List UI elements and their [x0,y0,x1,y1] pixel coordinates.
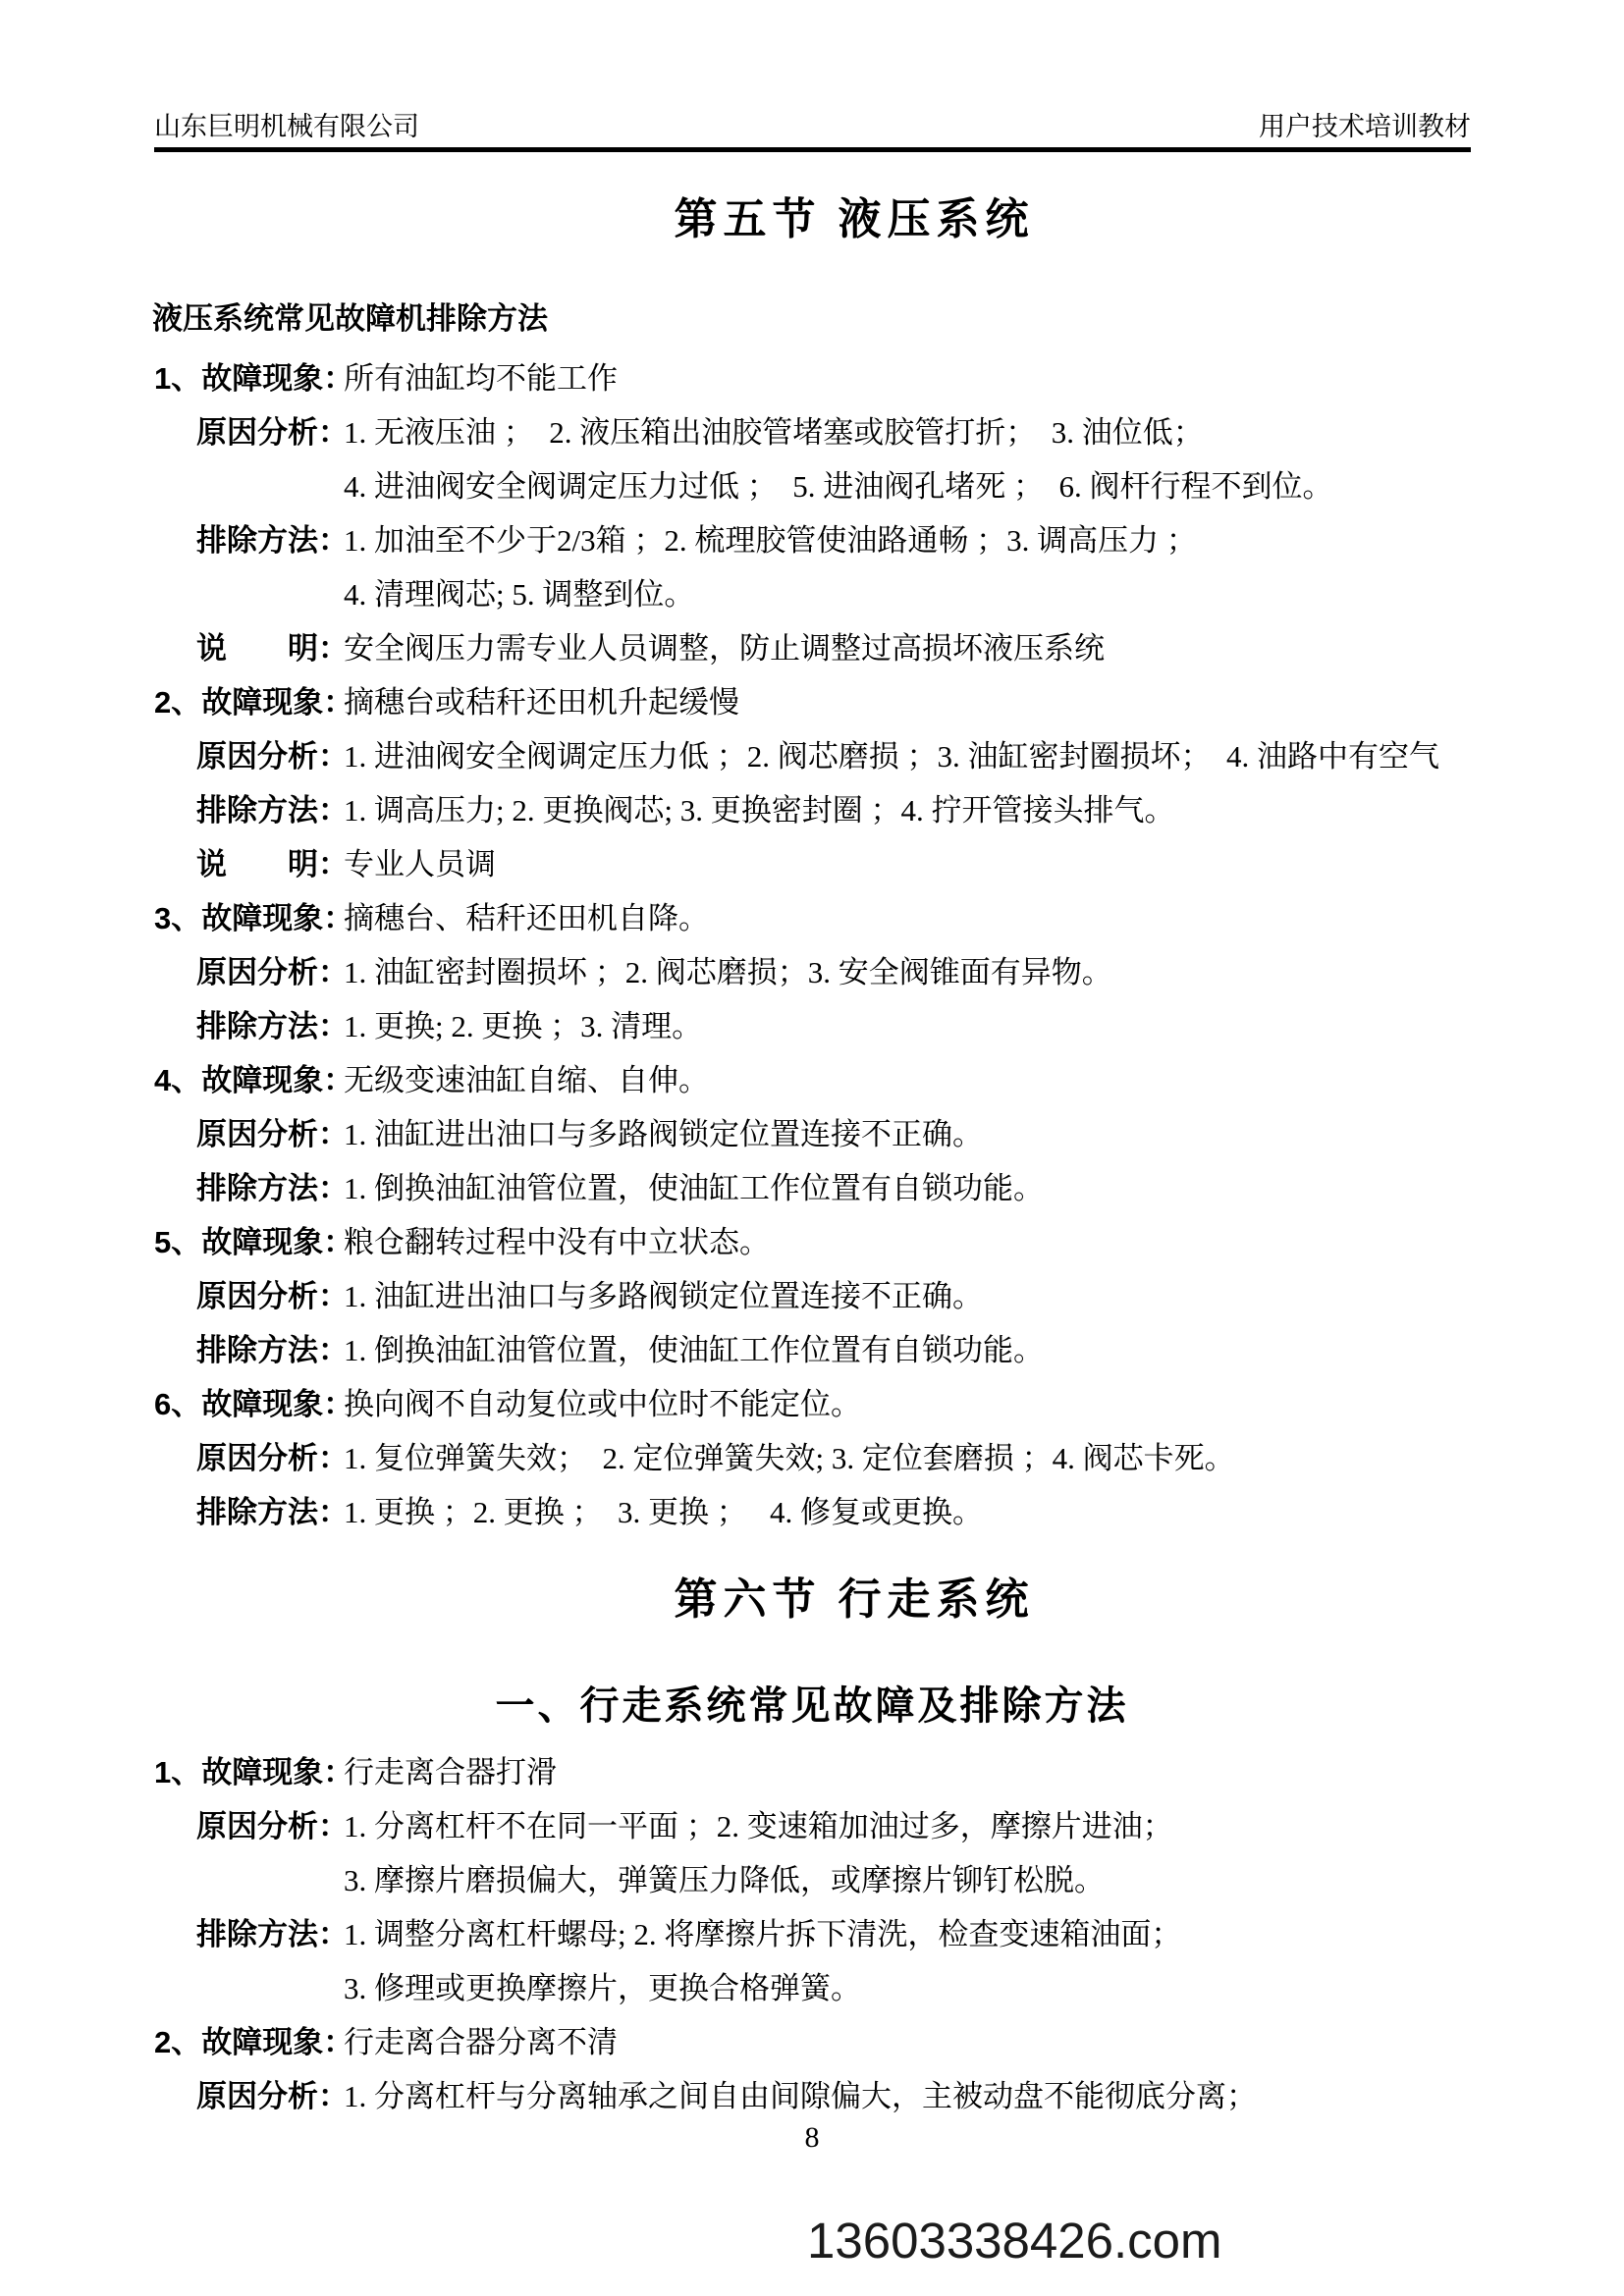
fault-line-text: 1. 调整分离杠杆螺母; 2. 将摩擦片拆下清洗，检查变速箱油面； [344,1907,1181,1961]
document-page: 山东巨明机械有限公司 用户技术培训教材 第五节 液压系统 液压系统常见故障机排除… [0,0,1624,2296]
fault-line: 4. 进油阀安全阀调定压力过低 ； 5. 进油阀孔堵死 ； 6. 阀杆行程不到位… [0,459,1624,513]
fault-line: 原因分析：1. 无液压油 ； 2. 液压箱出油胶管堵塞或胶管打折； 3. 油位低… [0,405,1624,459]
fault-line-label: 2、故障现象： [154,2015,353,2069]
fault-line-text: 1. 更换; 2. 更换 ；3. 清理。 [344,999,702,1053]
fault-line-label: 1、故障现象： [154,351,353,405]
fault-line: 原因分析：1. 油缸进出油口与多路阀锁定位置连接不正确。 [0,1269,1624,1323]
fault-line-label: 原因分析： [196,1431,349,1485]
fault-line-label: 原因分析： [196,945,349,999]
fault-line-label: 说 明： [196,837,349,891]
fault-line-text: 换向阀不自动复位或中位时不能定位。 [344,1377,861,1431]
fault-line-text: 行走离合器打滑 [344,1745,557,1799]
section6-subtitle: 一、行走系统常见故障及排除方法 [0,1679,1624,1734]
fault-line-label: 排除方法： [196,1161,349,1215]
fault-line-text: 行走离合器分离不清 [344,2015,618,2069]
fault-line-label: 排除方法： [196,783,349,837]
fault-line: 排除方法：1. 加油至不少于2/3箱 ；2. 梳理胶管使油路通畅 ；3. 调高压… [0,513,1624,567]
fault-line: 2、故障现象：摘穗台或秸秆还田机升起缓慢 [0,675,1624,729]
fault-line: 原因分析：1. 分离杠杆与分离轴承之间自由间隙偏大，主被动盘不能彻底分离； [0,2069,1624,2123]
fault-line-label: 排除方法： [196,999,349,1053]
header-company-name: 山东巨明机械有限公司 [154,110,419,143]
fault-line-text: 1. 倒换油缸油管位置，使油缸工作位置有自锁功能。 [344,1323,1044,1377]
fault-line-text: 1. 分离杠杆与分离轴承之间自由间隙偏大，主被动盘不能彻底分离； [344,2069,1257,2123]
fault-line-text: 3. 修理或更换摩擦片，更换合格弹簧。 [344,1961,861,2015]
fault-line: 原因分析：1. 油缸进出油口与多路阀锁定位置连接不正确。 [0,1107,1624,1161]
fault-line: 说 明：安全阀压力需专业人员调整，防止调整过高损坏液压系统 [0,621,1624,675]
fault-line: 4、故障现象：无级变速油缸自缩、自伸。 [0,1053,1624,1107]
fault-line-label: 说 明： [196,621,349,675]
fault-line-text: 1. 油缸进出油口与多路阀锁定位置连接不正确。 [344,1107,983,1161]
fault-line-label: 1、故障现象： [154,1745,353,1799]
fault-line-text: 专业人员调 [344,837,496,891]
fault-line-label: 6、故障现象： [154,1377,353,1431]
fault-line-text: 1. 加油至不少于2/3箱 ；2. 梳理胶管使油路通畅 ；3. 调高压力 ； [344,513,1197,567]
section6-fault-list: 1、故障现象：行走离合器打滑原因分析：1. 分离杠杆不在同一平面 ；2. 变速箱… [0,1745,1624,2123]
fault-line: 4. 清理阀芯; 5. 调整到位。 [0,567,1624,621]
fault-line-text: 所有油缸均不能工作 [344,351,618,405]
fault-line-text: 摘穗台或秸秆还田机升起缓慢 [344,675,739,729]
fault-line-text: 1. 分离杠杆不在同一平面 ；2. 变速箱加油过多，摩擦片进油； [344,1799,1173,1853]
fault-line-label: 4、故障现象： [154,1053,353,1107]
fault-line-label: 原因分析： [196,1269,349,1323]
fault-line-text: 安全阀压力需专业人员调整，防止调整过高损坏液压系统 [344,621,1105,675]
fault-line: 排除方法：1. 更换; 2. 更换 ；3. 清理。 [0,999,1624,1053]
fault-line: 排除方法：1. 调整分离杠杆螺母; 2. 将摩擦片拆下清洗，检查变速箱油面； [0,1907,1624,1961]
fault-line: 原因分析：1. 进油阀安全阀调定压力低 ；2. 阀芯磨损 ；3. 油缸密封圈损坏… [0,729,1624,783]
fault-line-text: 粮仓翻转过程中没有中立状态。 [344,1215,770,1269]
section5-fault-list: 1、故障现象：所有油缸均不能工作原因分析：1. 无液压油 ； 2. 液压箱出油胶… [0,351,1624,1539]
fault-line-text: 3. 摩擦片磨损偏大，弹簧压力降低，或摩擦片铆钉松脱。 [344,1853,1105,1907]
fault-line-label: 原因分析： [196,729,349,783]
fault-line: 5、故障现象：粮仓翻转过程中没有中立状态。 [0,1215,1624,1269]
fault-line: 排除方法：1. 调高压力; 2. 更换阀芯; 3. 更换密封圈 ；4. 拧开管接… [0,783,1624,837]
fault-line: 原因分析：1. 复位弹簧失效； 2. 定位弹簧失效; 3. 定位套磨损 ；4. … [0,1431,1624,1485]
fault-line-label: 原因分析： [196,2069,349,2123]
fault-line: 3、故障现象：摘穗台、秸秆还田机自降。 [0,891,1624,945]
section6-title: 第六节 行走系统 [0,1569,1624,1631]
fault-line-text: 1. 油缸密封圈损坏 ；2. 阀芯磨损；3. 安全阀锥面有异物。 [344,945,1112,999]
page-number: 8 [0,2118,1624,2158]
fault-line-label: 排除方法： [196,1907,349,1961]
fault-line-label: 原因分析： [196,405,349,459]
fault-line-label: 排除方法： [196,513,349,567]
section5-title: 第五节 液压系统 [0,188,1624,251]
fault-line: 1、故障现象：行走离合器打滑 [0,1745,1624,1799]
fault-line: 排除方法：1. 倒换油缸油管位置，使油缸工作位置有自锁功能。 [0,1161,1624,1215]
header-divider [154,147,1471,152]
header-doc-type: 用户技术培训教材 [1259,110,1471,143]
fault-line: 排除方法：1. 更换 ；2. 更换 ； 3. 更换 ； 4. 修复或更换。 [0,1485,1624,1539]
fault-line-text: 1. 进油阀安全阀调定压力低 ；2. 阀芯磨损 ；3. 油缸密封圈损坏； 4. … [344,729,1439,783]
fault-line-text: 1. 复位弹簧失效； 2. 定位弹簧失效; 3. 定位套磨损 ；4. 阀芯卡死。 [344,1431,1235,1485]
fault-line-text: 4. 清理阀芯; 5. 调整到位。 [344,567,694,621]
section5-intro: 液压系统常见故障机排除方法 [152,297,548,341]
fault-line-text: 4. 进油阀安全阀调定压力过低 ； 5. 进油阀孔堵死 ； 6. 阀杆行程不到位… [344,459,1333,513]
fault-line-text: 1. 调高压力; 2. 更换阀芯; 3. 更换密封圈 ；4. 拧开管接头排气。 [344,783,1174,837]
fault-line-text: 1. 油缸进出油口与多路阀锁定位置连接不正确。 [344,1269,983,1323]
fault-line-label: 原因分析： [196,1107,349,1161]
fault-line-text: 1. 更换 ；2. 更换 ； 3. 更换 ； 4. 修复或更换。 [344,1485,983,1539]
fault-line-label: 3、故障现象： [154,891,353,945]
watermark-text: 13603338426.com [807,2211,1222,2271]
fault-line: 1、故障现象：所有油缸均不能工作 [0,351,1624,405]
fault-line: 3. 摩擦片磨损偏大，弹簧压力降低，或摩擦片铆钉松脱。 [0,1853,1624,1907]
fault-line: 排除方法：1. 倒换油缸油管位置，使油缸工作位置有自锁功能。 [0,1323,1624,1377]
fault-line: 原因分析：1. 分离杠杆不在同一平面 ；2. 变速箱加油过多，摩擦片进油； [0,1799,1624,1853]
fault-line-label: 排除方法： [196,1485,349,1539]
fault-line-text: 摘穗台、秸秆还田机自降。 [344,891,709,945]
fault-line-text: 无级变速油缸自缩、自伸。 [344,1053,709,1107]
fault-line-label: 原因分析： [196,1799,349,1853]
fault-line-label: 排除方法： [196,1323,349,1377]
fault-line-text: 1. 倒换油缸油管位置，使油缸工作位置有自锁功能。 [344,1161,1044,1215]
fault-line: 原因分析：1. 油缸密封圈损坏 ；2. 阀芯磨损；3. 安全阀锥面有异物。 [0,945,1624,999]
fault-line-label: 2、故障现象： [154,675,353,729]
fault-line: 2、故障现象：行走离合器分离不清 [0,2015,1624,2069]
fault-line-text: 1. 无液压油 ； 2. 液压箱出油胶管堵塞或胶管打折； 3. 油位低； [344,405,1204,459]
fault-line: 说 明：专业人员调 [0,837,1624,891]
fault-line-label: 5、故障现象： [154,1215,353,1269]
fault-line: 3. 修理或更换摩擦片，更换合格弹簧。 [0,1961,1624,2015]
fault-line: 6、故障现象：换向阀不自动复位或中位时不能定位。 [0,1377,1624,1431]
